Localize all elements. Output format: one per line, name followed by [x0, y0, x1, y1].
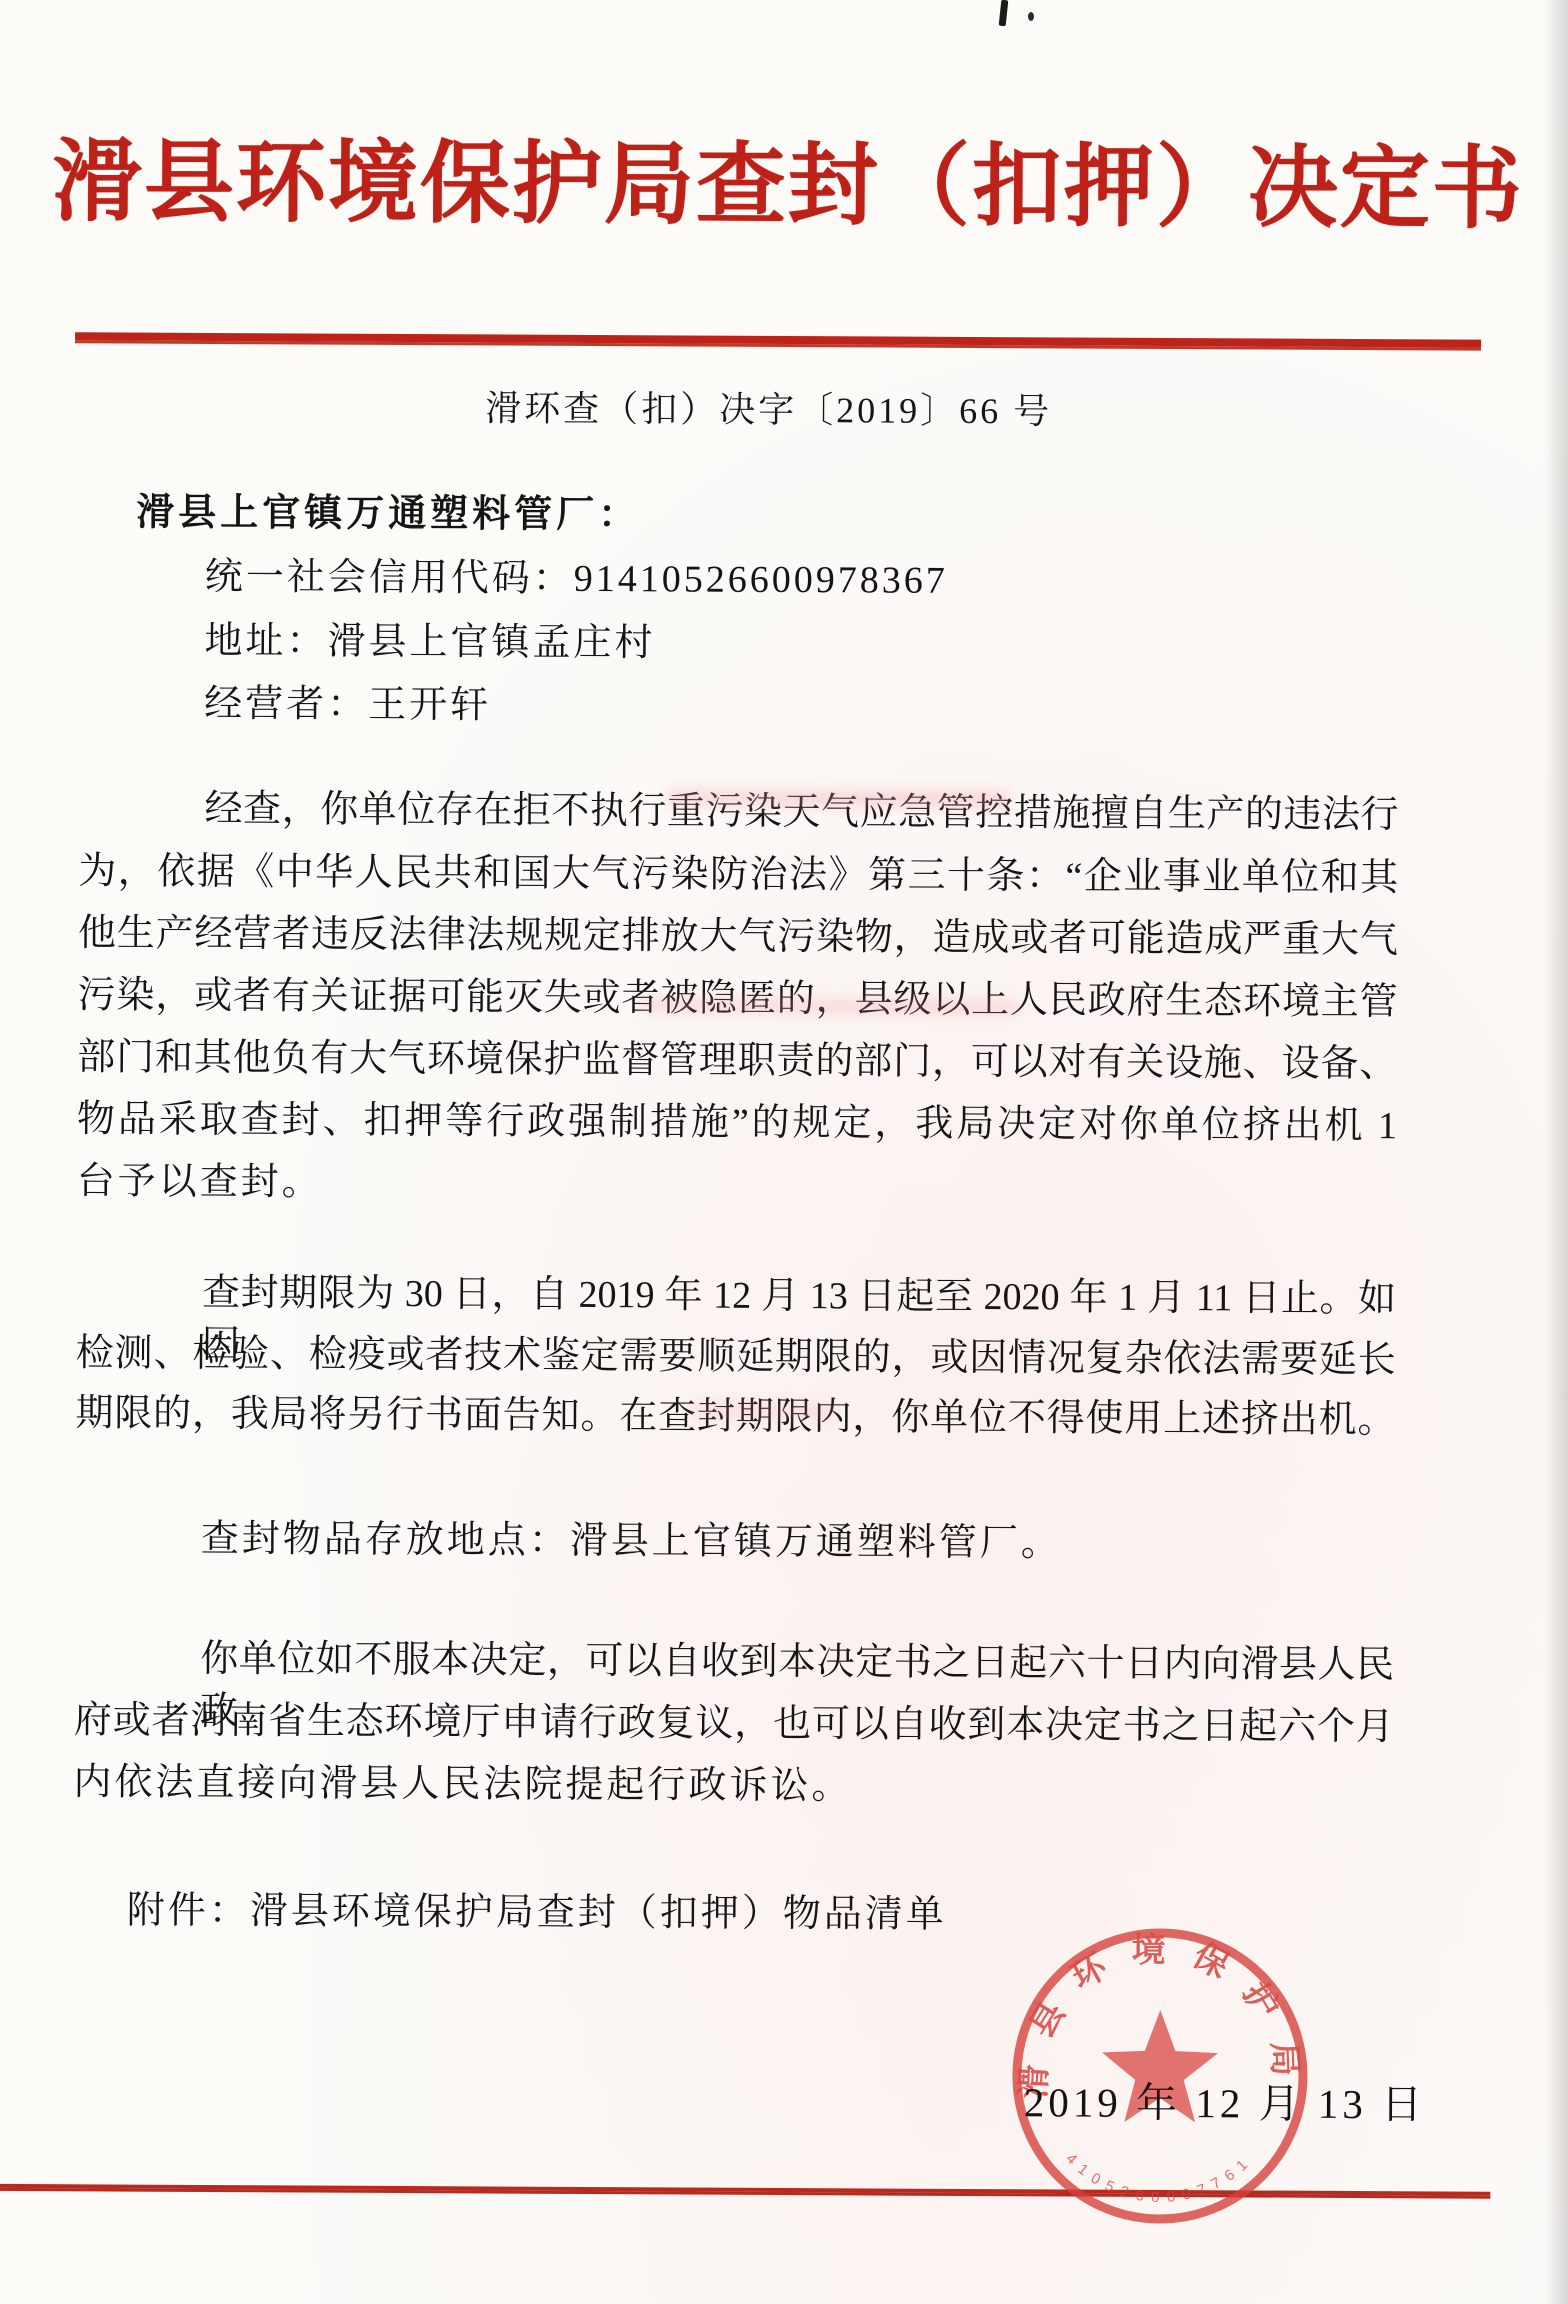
body-line: 查封物品存放地点：滑县上官镇万通塑料管厂。 [201, 1513, 1062, 1570]
doc-number: 滑环查（扣）决字〔2019〕66 号 [0, 378, 1553, 437]
recipient-name: 滑县上官镇万通塑料管厂： [136, 487, 640, 542]
document-page: 滑县环境保护局查封（扣押）决定书 滑环查（扣）决字〔2019〕66 号 滑县上官… [0, 0, 1568, 2304]
body-line: 经查，你单位存在拒不执行重污染天气应急管控措施擅自生产的违法行 [78, 782, 1398, 841]
body-line: 台予以查封。 [76, 1155, 322, 1208]
scan-corner-mark [1028, 12, 1034, 21]
body-line: 检测、检验、检疫或者技术鉴定需要顺延期限的，或因情况复杂依法需要延长 [76, 1327, 1396, 1386]
body-line: 期限的，我局将另行书面告知。在查封期限内，你单位不得使用上述挤出机。 [75, 1387, 1395, 1446]
issue-date: 2019 年 12 月 13 日 [1024, 2069, 1427, 2130]
title-divider-rule [75, 332, 1481, 350]
body-line: 物品采取查封、扣押等行政强制措施”的规定，我局决定对你单位挤出机 1 [77, 1093, 1397, 1152]
body-line: 污染，或者有关证据可能灭失或者被隐匿的，县级以上人民政府生态环境主管 [77, 969, 1397, 1028]
attachment-note: 附件：滑县环境保护局查封（扣押）物品清单 [127, 1879, 947, 1938]
body-line: 为，依据《中华人民共和国大气污染防治法》第三十条：“企业事业单位和其 [78, 845, 1398, 904]
page-title: 滑县环境保护局查封（扣押）决定书 [4, 108, 1568, 246]
recipient-address: 地址：滑县上官镇孟庄村 [204, 615, 655, 669]
scanned-sheet: 滑县环境保护局查封（扣押）决定书 滑环查（扣）决字〔2019〕66 号 滑县上官… [0, 0, 1568, 2304]
scan-edge-shading [1546, 0, 1568, 2304]
recipient-operator: 经营者：王开轩 [204, 678, 491, 732]
body-line: 他生产经营者违反法律法规规定排放大气污染物，造成或者可能造成严重大气 [78, 907, 1398, 966]
recipient-credit-code: 统一社会信用代码：91410526600978367 [205, 551, 948, 607]
body-line: 府或者河南省生态环境厅申请行政复议，也可以自收到本决定书之日起六个月 [74, 1694, 1394, 1753]
body-line: 内依法直接向滑县人民法院提起行政诉讼。 [73, 1756, 852, 1812]
body-line: 部门和其他负有大气环境保护监督管理职责的部门，可以对有关设施、设备、 [77, 1031, 1397, 1090]
